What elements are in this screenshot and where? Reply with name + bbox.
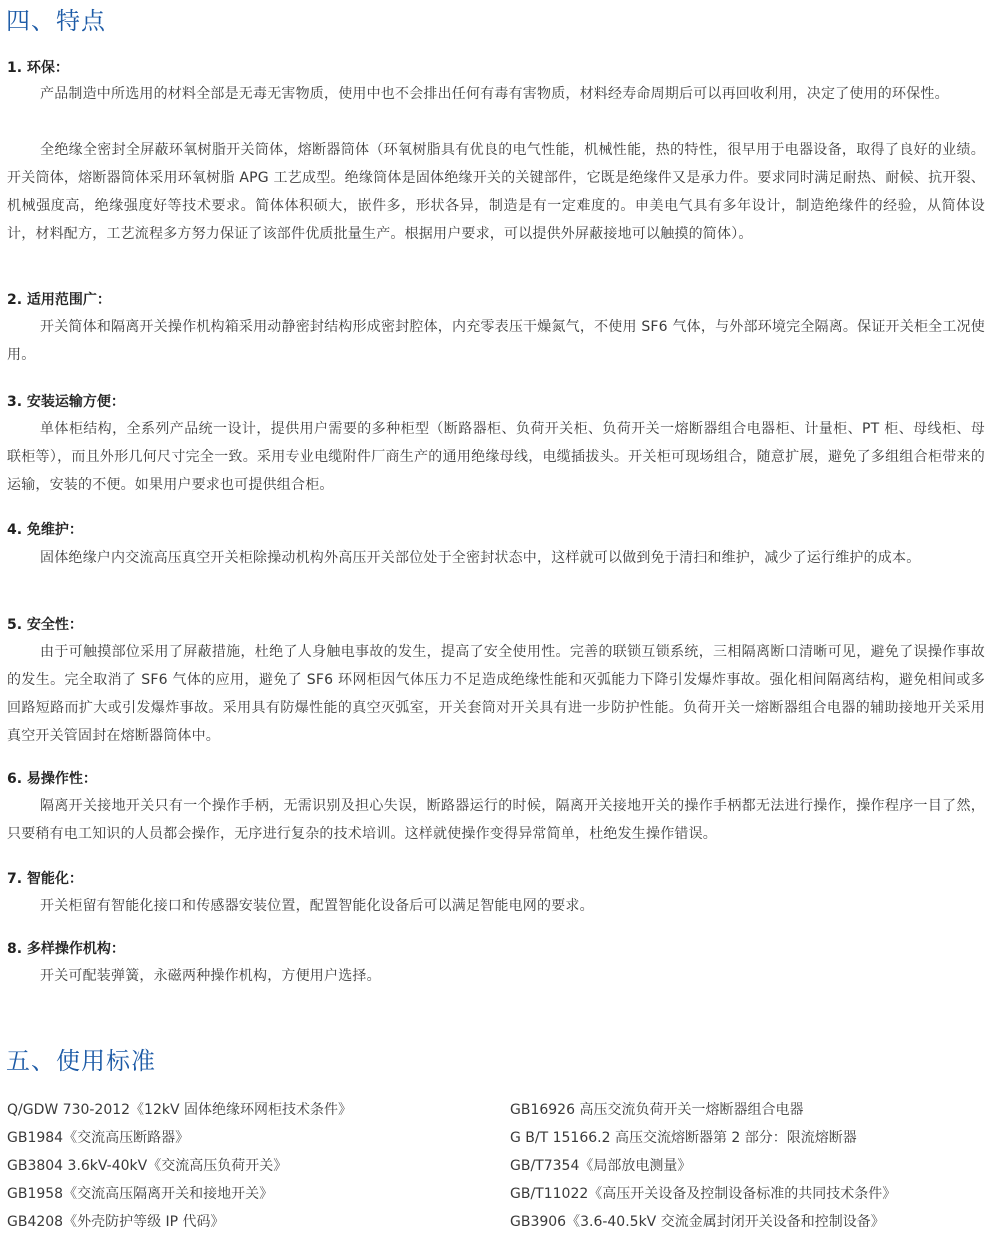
standard-item: GB3804 3.6kV-40kV《交流高压负荷开关》	[7, 1152, 352, 1180]
feature-paragraph-eco-2: 全绝缘全密封全屏蔽环氧树脂开关筒体，熔断器筒体（环氧树脂具有优良的电气性能，机械…	[7, 136, 985, 248]
feature-title-mechanisms: 8. 多样操作机构：	[7, 939, 125, 959]
feature-title-applicability: 2. 适用范围广：	[7, 290, 111, 310]
standard-item: GB1984《交流高压断路器》	[7, 1124, 352, 1152]
feature-paragraph-operability: 隔离开关接地开关只有一个操作手柄，无需识别及担心失误，断路器运行的时候，隔离开关…	[7, 792, 985, 848]
document-page: 四、特点 1. 环保： 产品制造中所选用的材料全部是无毒无害物质，使用中也不会排…	[0, 0, 996, 1237]
feature-title-eco: 1. 环保：	[7, 58, 69, 78]
feature-title-intelligence: 7. 智能化：	[7, 869, 83, 889]
feature-title-installation: 3. 安装运输方便：	[7, 392, 125, 412]
feature-title-operability: 6. 易操作性：	[7, 769, 97, 789]
feature-paragraph-intelligence: 开关柜留有智能化接口和传感器安装位置，配置智能化设备后可以满足智能电网的要求。	[7, 892, 985, 920]
feature-paragraph-applicability: 开关简体和隔离开关操作机构箱采用动静密封结构形成密封腔体，内充零表压干燥氮气，不…	[7, 313, 985, 369]
standard-item: G B/T 15166.2 高压交流熔断器第 2 部分：限流熔断器	[510, 1124, 896, 1152]
section-title-features: 四、特点	[6, 6, 106, 36]
standard-item: GB4208《外壳防护等级 IP 代码》	[7, 1208, 352, 1236]
standards-list-right: GB16926 高压交流负荷开关一熔断器组合电器 G B/T 15166.2 高…	[510, 1096, 896, 1236]
standard-item: GB3906《3.6-40.5kV 交流金属封闭开关设备和控制设备》	[510, 1208, 896, 1236]
feature-title-maintenance-free: 4. 免维护：	[7, 520, 83, 540]
standard-item: GB16926 高压交流负荷开关一熔断器组合电器	[510, 1096, 896, 1124]
feature-paragraph-eco-1: 产品制造中所选用的材料全部是无毒无害物质，使用中也不会排出任何有毒有害物质，材料…	[7, 80, 985, 108]
standard-item: GB/T11022《高压开关设备及控制设备标准的共同技术条件》	[510, 1180, 896, 1208]
feature-paragraph-safety: 由于可触摸部位采用了屏蔽措施，杜绝了人身触电事故的发生，提高了安全使用性。完善的…	[7, 638, 985, 750]
standard-item: GB1958《交流高压隔离开关和接地开关》	[7, 1180, 352, 1208]
feature-paragraph-maintenance-free: 固体绝缘户内交流高压真空开关柜除操动机构外高压开关部位处于全密封状态中，这样就可…	[7, 544, 985, 572]
standard-item: Q/GDW 730-2012《12kV 固体绝缘环网柜技术条件》	[7, 1096, 352, 1124]
feature-paragraph-mechanisms: 开关可配装弹簧，永磁两种操作机构，方便用户选择。	[7, 962, 985, 990]
feature-paragraph-installation: 单体柜结构，全系列产品统一设计，提供用户需要的多种柜型（断路器柜、负荷开关柜、负…	[7, 415, 985, 499]
standards-list-left: Q/GDW 730-2012《12kV 固体绝缘环网柜技术条件》 GB1984《…	[7, 1096, 352, 1236]
feature-title-safety: 5. 安全性：	[7, 615, 83, 635]
section-title-standards: 五、使用标准	[6, 1046, 156, 1076]
standard-item: GB/T7354《局部放电测量》	[510, 1152, 896, 1180]
